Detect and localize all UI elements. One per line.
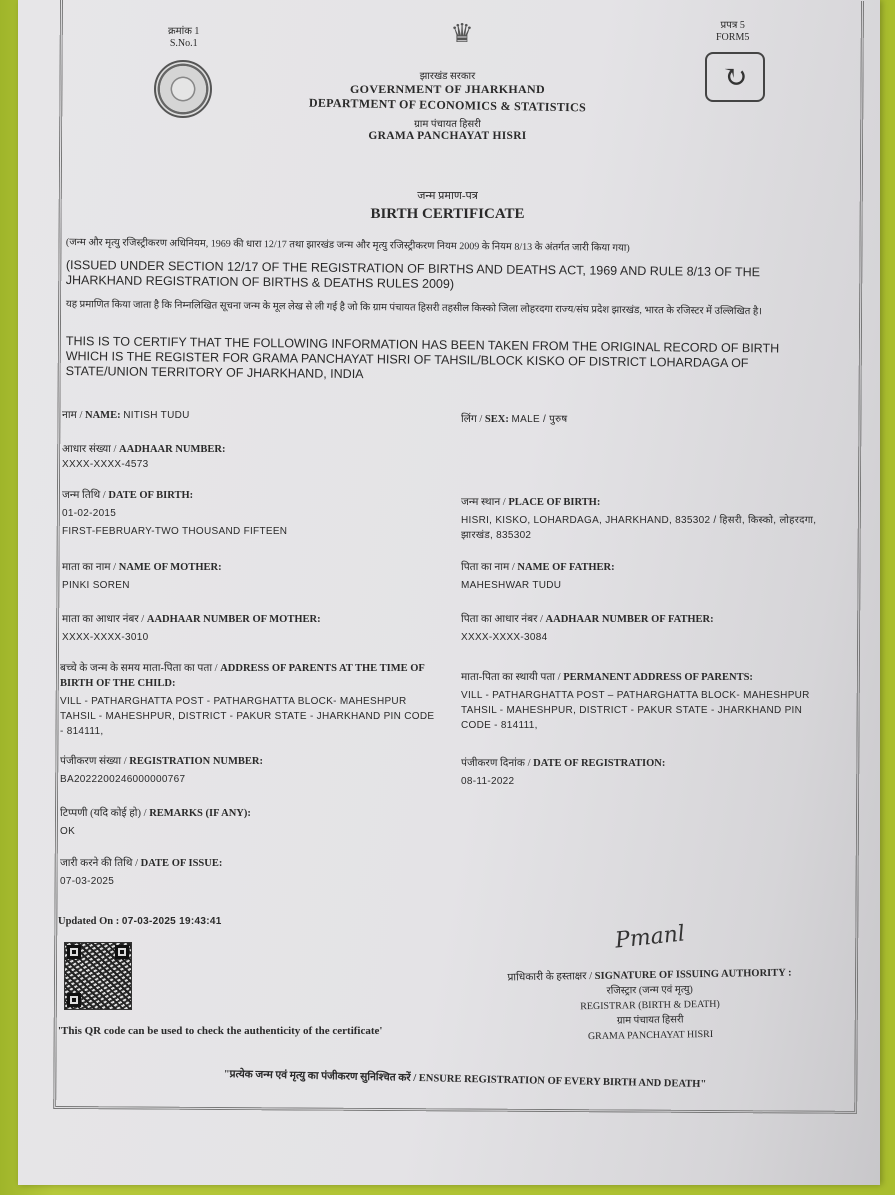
field-reg-date: पंजीकरण दिनांक / DATE OF REGISTRATION: 0… <box>461 756 665 789</box>
field-place-of-birth: जन्म स्थान / PLACE OF BIRTH: HISRI, KISK… <box>461 495 831 543</box>
signature-block: प्राधिकारी के हस्ताक्षर / SIGNATURE OF I… <box>479 965 820 1046</box>
field-reg-number: पंजीकरण संख्या / REGISTRATION NUMBER: BA… <box>60 754 263 787</box>
certificate-border <box>53 0 864 1114</box>
panchayat-en: GRAMA PANCHAYAT HISRI <box>0 130 895 142</box>
field-name: नाम / NAME: NITISH TUDU <box>62 408 190 423</box>
dob-words: FIRST-FEBRUARY-TWO THOUSAND FIFTEEN <box>62 524 287 539</box>
remarks-value: OK <box>60 824 251 839</box>
reg-date-value: 08-11-2022 <box>461 774 665 789</box>
field-address-permanent: माता-पिता का स्थायी पता / PERMANENT ADDR… <box>461 670 831 733</box>
form-number: प्रपत्र 5 FORM5 <box>716 20 749 44</box>
dob-value: 01-02-2015 <box>62 506 287 521</box>
serial-number-hi: क्रमांक 1 <box>168 26 199 38</box>
field-aadhaar: आधार संख्या / AADHAAR NUMBER: XXXX-XXXX-… <box>62 442 226 472</box>
field-father-name: पिता का नाम / NAME OF FATHER: MAHESHWAR … <box>461 560 615 593</box>
gov-hi: झारखंड सरकार <box>0 68 895 82</box>
certify-en: THIS IS TO CERTIFY THAT THE FOLLOWING IN… <box>66 334 796 387</box>
father-name-value: MAHESHWAR TUDU <box>461 578 615 593</box>
sex-value: MALE / पुरुष <box>511 414 567 425</box>
address-permanent-value: VILL - PATHARGHATTA POST – PATHARGHATTA … <box>461 688 831 733</box>
reg-number-value: BA2022200246000000767 <box>60 772 263 787</box>
serial-number-en: S.No.1 <box>168 38 199 50</box>
panchayat-hi: ग्राम पंचायत हिसरी <box>0 116 895 130</box>
field-address-birth: बच्चे के जन्म के समय माता-पिता का पता / … <box>60 661 440 739</box>
updated-on-label: Updated On : <box>58 916 122 927</box>
field-sex: लिंग / SEX: MALE / पुरुष <box>461 412 568 427</box>
aadhaar-value: XXXX-XXXX-4573 <box>62 457 226 472</box>
qr-note: 'This QR code can be used to check the a… <box>58 1024 418 1038</box>
issue-date-value: 07-03-2025 <box>60 874 222 889</box>
field-mother-name: माता का नाम / NAME OF MOTHER: PINKI SORE… <box>62 560 222 593</box>
form-number-en: FORM5 <box>716 32 749 44</box>
mother-aadhaar-value: XXXX-XXXX-3010 <box>62 630 321 645</box>
field-mother-aadhaar: माता का आधार नंबर / AADHAAR NUMBER OF MO… <box>62 612 321 645</box>
name-value: NITISH TUDU <box>123 410 189 421</box>
field-remarks: टिप्पणी (यदि कोई हो) / REMARKS (IF ANY):… <box>60 806 251 839</box>
qr-code-icon[interactable] <box>64 942 132 1010</box>
form-number-hi: प्रपत्र 5 <box>716 20 749 32</box>
father-aadhaar-value: XXXX-XXXX-3084 <box>461 630 714 645</box>
field-father-aadhaar: पिता का आधार नंबर / AADHAAR NUMBER OF FA… <box>461 612 714 645</box>
updated-on-value: 07-03-2025 19:43:41 <box>122 916 222 927</box>
address-birth-value: VILL - PATHARGHATTA POST - PATHARGHATTA … <box>60 694 440 739</box>
state-emblem-icon: ♛ <box>449 12 475 56</box>
updated-on: Updated On : 07-03-2025 19:43:41 <box>58 914 222 929</box>
title-hi: जन्म प्रमाण-पत्र <box>0 188 895 203</box>
field-issue-date: जारी करने की तिथि / DATE OF ISSUE: 07-03… <box>60 856 222 889</box>
place-of-birth-value: HISRI, KISKO, LOHARDAGA, JHARKHAND, 8353… <box>461 513 831 543</box>
page-title: BIRTH CERTIFICATE <box>0 206 895 223</box>
mother-name-value: PINKI SOREN <box>62 578 222 593</box>
field-dob: जन्म तिथि / DATE OF BIRTH: 01-02-2015 FI… <box>62 488 287 539</box>
serial-number: क्रमांक 1 S.No.1 <box>168 26 199 50</box>
